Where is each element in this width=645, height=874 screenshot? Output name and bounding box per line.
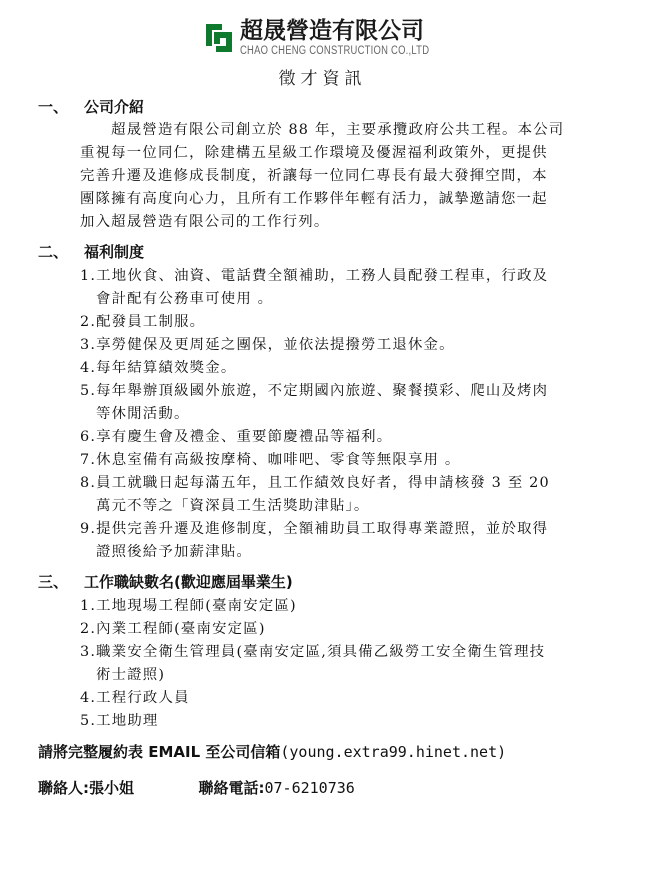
section-heading-benefits: 二、福利制度: [38, 242, 144, 262]
benefit-item: 9.提供完善升遷及進修制度，全額補助員工取得專業證照，並於取得: [80, 519, 548, 539]
benefit-item: 4.每年結算績效獎金。: [80, 358, 236, 378]
page-title: 徵才資訊: [0, 68, 645, 90]
section-number: 二、: [38, 242, 84, 262]
job-item: 5.工地助理: [80, 711, 159, 731]
intro-line: 超晟營造有限公司創立於 88 年，主要承攬政府公共工程。本公司: [80, 120, 564, 140]
company-logo-icon: [204, 22, 234, 54]
apply-text: 請將完整履約表 EMAIL 至公司信箱: [38, 743, 280, 761]
benefit-item: 3.享勞健保及更周延之團保，並依法提撥勞工退休金。: [80, 335, 455, 355]
company-name-cn: 超晟營造有限公司: [240, 18, 424, 44]
intro-line: 團隊擁有高度向心力，且所有工作夥伴年輕有活力，誠摯邀請您一起: [80, 189, 548, 209]
apply-instructions: 請將完整履約表 EMAIL 至公司信箱(young.extra99.hinet.…: [38, 742, 506, 762]
job-item: 4.工程行政人員: [80, 688, 190, 708]
section-title: 公司介紹: [84, 98, 144, 116]
contact-label: 聯絡人:: [38, 779, 89, 797]
phone-number: 07-6210736: [264, 779, 354, 797]
benefit-item-cont: 證照後給予加薪津貼。: [96, 542, 252, 562]
section-title: 福利制度: [84, 243, 144, 261]
benefit-item-cont: 會計配有公務車可使用 。: [96, 289, 273, 309]
benefit-item: 2.配發員工制服。: [80, 312, 205, 332]
section-number: 一、: [38, 97, 84, 117]
job-item-cont: 術士證照): [96, 665, 165, 685]
company-header: 超晟營造有限公司 CHAO CHENG CONSTRUCTION CO.,LTD: [200, 18, 445, 62]
contact-name: 張小姐: [89, 779, 134, 797]
benefit-item: 7.休息室備有高級按摩椅、咖啡吧、零食等無限享用 。: [80, 450, 461, 470]
section-heading-openings: 三、工作職缺數名(歡迎應屆畢業生): [38, 572, 293, 592]
company-name-en: CHAO CHENG CONSTRUCTION CO.,LTD: [240, 45, 429, 58]
benefit-item: 8.員工就職日起每滿五年，且工作績效良好者，得申請核發 3 至 20: [80, 473, 550, 493]
section-number: 三、: [38, 572, 84, 592]
benefit-item-cont: 萬元不等之「資深員工生活獎助津貼」。: [96, 496, 369, 516]
section-heading-intro: 一、公司介紹: [38, 97, 144, 117]
benefit-item: 6.享有慶生會及禮金、重要節慶禮品等福利。: [80, 427, 392, 447]
benefit-item: 1.工地伙食、油資、電話費全額補助，工務人員配發工程車，行政及: [80, 266, 548, 286]
job-item: 1.工地現場工程師(臺南安定區): [80, 596, 297, 616]
section-title: 工作職缺數名(歡迎應屆畢業生): [84, 573, 293, 591]
phone-label: 聯絡電話:: [198, 779, 264, 797]
contact-info: 聯絡人:張小姐 聯絡電話:07-6210736: [38, 778, 355, 798]
intro-line: 重視每一位同仁，除建構五星級工作環境及優渥福利政策外，更提供: [80, 143, 548, 163]
benefit-item: 5.每年舉辦頂級國外旅遊，不定期國內旅遊、聚餐摸彩、爬山及烤肉: [80, 381, 548, 401]
intro-line: 完善升遷及進修成長制度，祈讓每一位同仁專長有最大發揮空間，本: [80, 166, 548, 186]
email-address[interactable]: (young.extra99.hinet.net): [280, 743, 506, 761]
job-item: 3.職業安全衛生管理員(臺南安定區,須具備乙級勞工安全衛生管理技: [80, 642, 545, 662]
job-item: 2.內業工程師(臺南安定區): [80, 619, 266, 639]
benefit-item-cont: 等休閒活動。: [96, 404, 190, 424]
intro-line: 加入超晟營造有限公司的工作行列。: [80, 212, 329, 232]
